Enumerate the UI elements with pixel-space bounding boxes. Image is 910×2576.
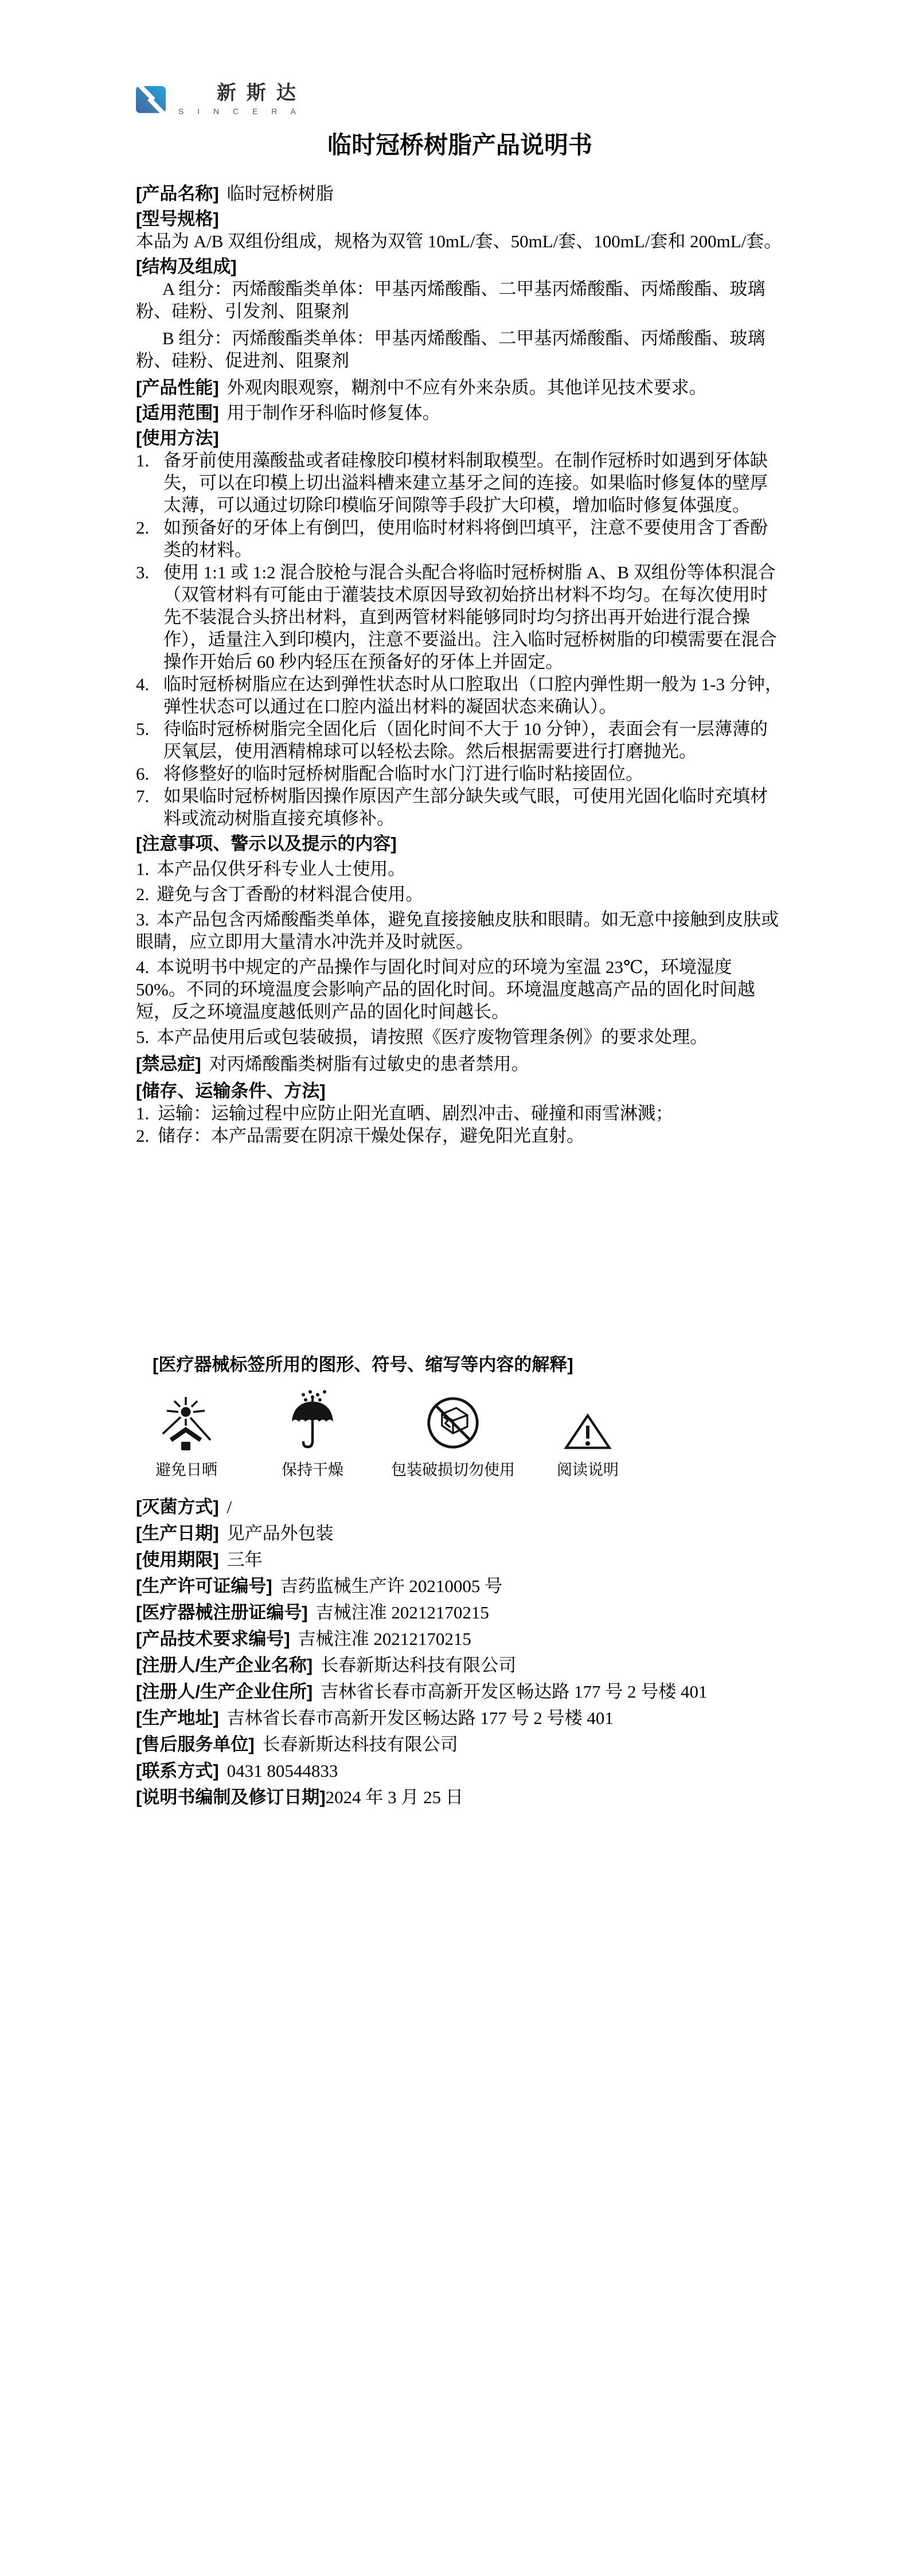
info-value: 见产品外包装 [227, 1523, 334, 1543]
precaution-item-text: 避免与含丁香酚的材料混合使用。 [157, 884, 423, 904]
keep-away-from-sunlight-icon [160, 1390, 213, 1450]
brand-subtitle: S I N C E R A [178, 107, 302, 116]
info-label: [使用期限] [136, 1550, 219, 1570]
performance-label: [产品性能] [136, 378, 219, 398]
section-gap [136, 1147, 784, 1353]
precaution-item-number: 1. [136, 859, 149, 879]
info-value: 三年 [227, 1550, 263, 1570]
contraindication-value: 对丙烯酸酯类树脂有过敏史的患者禁用。 [209, 1054, 529, 1074]
info-row-after-sales-unit: [售后服务单位]长春新斯达科技有限公司 [136, 1734, 784, 1756]
usage-item-text: 使用 1:1 或 1:2 混合胶枪与混合头配合将临时冠桥树脂 A、B 双组份等体… [163, 561, 784, 673]
precaution-item: 1.本产品仅供牙科专业人士使用。 [136, 858, 784, 880]
usage-item: 5. 待临时冠桥树脂完全固化后（固化时间不大于 10 分钟），表面会有一层薄薄的… [136, 718, 784, 762]
storage-item: 2. 储存：本产品需要在阴凉干燥处保存，避免阳光直射。 [136, 1124, 784, 1147]
registration-info: [灭菌方式]/ [生产日期]见产品外包装 [使用期限]三年 [生产许可证编号]吉… [136, 1496, 784, 1808]
info-value: 吉药监械生产许 20210005 号 [280, 1576, 503, 1596]
info-value: 0431 80544833 [227, 1761, 338, 1781]
info-label: [说明书编制及修订日期] [136, 1787, 326, 1807]
usage-item-text: 临时冠桥树脂应在达到弹性状态时从口腔取出（口腔内弹性期一般为 1-3 分钟，弹性… [163, 673, 784, 718]
performance-value: 外观肉眼观察，糊剂中不应有外来杂质。其他详见技术要求。 [227, 378, 707, 398]
precaution-item-number: 2. [136, 884, 149, 904]
precaution-item-text: 本产品使用后或包装破损，请按照《医疗废物管理条例》的要求处理。 [157, 1027, 708, 1047]
info-row-production-date: [生产日期]见产品外包装 [136, 1523, 784, 1544]
symbols-heading: [医疗器械标签所用的图形、符号、缩写等内容的解释] [136, 1353, 784, 1376]
brand-text: 新斯达 S I N C E R A [178, 83, 296, 116]
info-value: 吉械注准 20212170215 [298, 1629, 471, 1649]
info-value: 2024 年 3 月 25 日 [326, 1787, 463, 1807]
usage-item-number: 3. [136, 561, 163, 673]
usage-item-number: 7. [136, 785, 163, 830]
info-label: [注册人/生产企业住所] [136, 1682, 313, 1702]
info-label: [产品技术要求编号] [136, 1629, 290, 1649]
info-row-registrant-address: [注册人/生产企业住所]吉林省长春市高新开发区畅达路 177 号 2 号楼 40… [136, 1681, 784, 1703]
info-label: [生产日期] [136, 1523, 219, 1543]
brand-name: 新斯达 [217, 83, 306, 103]
usage-item-number: 5. [136, 718, 163, 762]
usage-item-number: 1. [136, 449, 163, 516]
precaution-item: 4.本说明书中规定的产品操作与固化时间对应的环境为室温 23℃，环境湿度 50%… [136, 956, 784, 1023]
precaution-item-text: 本产品包含丙烯酸酯类单体，避免直接接触皮肤和眼睛。如无意中接触到皮肤或眼睛，应立… [136, 909, 779, 952]
usage-item: 1. 备牙前使用藻酸盐或者硅橡胶印模材料制取模型。在制作冠桥时如遇到牙体缺失，可… [136, 449, 784, 516]
precaution-item-text: 本说明书中规定的产品操作与固化时间对应的环境为室温 23℃，环境湿度 50%。不… [136, 957, 755, 1022]
usage-item: 2. 如预备好的牙体上有倒凹，使用临时材料将倒凹填平，注意不要使用含丁香酚类的材… [136, 516, 784, 561]
brand-header: 新斯达 S I N C E R A [136, 0, 784, 116]
info-value: 长春新斯达科技有限公司 [321, 1655, 516, 1675]
info-value: 长春新斯达科技有限公司 [263, 1734, 458, 1754]
page-title: 临时冠桥树脂产品说明书 [136, 131, 784, 159]
keep-dry-icon [288, 1390, 337, 1450]
info-row-revision-date: [说明书编制及修订日期]2024 年 3 月 25 日 [136, 1787, 784, 1808]
scope-line: [适用范围]用于制作牙科临时修复体。 [136, 402, 784, 424]
usage-item: 4. 临时冠桥树脂应在达到弹性状态时从口腔取出（口腔内弹性期一般为 1-3 分钟… [136, 673, 784, 718]
symbol-label: 避免日晒 [155, 1461, 217, 1479]
usage-heading: [使用方法] [136, 427, 784, 449]
sincera-logo-icon [136, 86, 166, 113]
precaution-item: 3.本产品包含丙烯酸酯类单体，避免直接接触皮肤和眼睛。如无意中接触到皮肤或眼睛，… [136, 908, 784, 953]
precaution-item-number: 5. [136, 1027, 149, 1047]
composition-a: A 组分：丙烯酸酯类单体：甲基丙烯酸酯、二甲基丙烯酸酯、丙烯酸酯、玻璃粉、硅粉、… [136, 278, 784, 322]
spec-body: 本品为 A/B 双组份组成，规格为双管 10mL/套、50mL/套、100mL/… [136, 230, 784, 252]
usage-item-number: 2. [136, 516, 163, 561]
symbol-label: 保持干燥 [282, 1461, 343, 1479]
info-label: [售后服务单位] [136, 1734, 255, 1754]
document-content: 新斯达 S I N C E R A 临时冠桥树脂产品说明书 [产品名称]临时冠桥… [0, 0, 910, 1808]
info-label: [医疗器械注册证编号] [136, 1602, 308, 1622]
usage-item-text: 待临时冠桥树脂完全固化后（固化时间不大于 10 分钟），表面会有一层薄薄的厌氧层… [163, 718, 784, 762]
product-name-label: [产品名称] [136, 184, 219, 204]
composition-heading: [结构及组成] [136, 255, 784, 278]
scope-label: [适用范围] [136, 403, 219, 423]
info-row-device-registration: [医疗器械注册证编号]吉械注准 20212170215 [136, 1602, 784, 1624]
storage-item-number: 1. [136, 1102, 158, 1124]
composition-b: B 组分：丙烯酸酯类单体：甲基丙烯酸酯、二甲基丙烯酸酯、丙烯酸酯、玻璃粉、硅粉、… [136, 327, 784, 372]
info-row-production-license: [生产许可证编号]吉药监械生产许 20210005 号 [136, 1575, 784, 1597]
contraindication-label: [禁忌症] [136, 1054, 201, 1074]
performance-line: [产品性能]外观肉眼观察，糊剂中不应有外来杂质。其他详见技术要求。 [136, 376, 784, 399]
info-label: [生产许可证编号] [136, 1576, 272, 1596]
symbol-keep-away-from-sunlight: 避免日晒 [136, 1390, 237, 1479]
precaution-item: 5.本产品使用后或包装破损，请按照《医疗废物管理条例》的要求处理。 [136, 1026, 784, 1048]
product-name-line: [产品名称]临时冠桥树脂 [136, 182, 784, 205]
info-label: [生产地址] [136, 1708, 219, 1728]
precaution-item-number: 3. [136, 909, 149, 929]
usage-item-text: 将修整好的临时冠桥树脂配合临时水门汀进行临时粘接固位。 [163, 762, 784, 785]
info-value: 吉械注准 20212170215 [316, 1602, 489, 1622]
contraindication-line: [禁忌症]对丙烯酸酯类树脂有过敏史的患者禁用。 [136, 1053, 784, 1075]
scope-value: 用于制作牙科临时修复体。 [227, 403, 440, 423]
info-row-technical-requirement: [产品技术要求编号]吉械注准 20212170215 [136, 1628, 784, 1650]
symbol-do-not-use-if-package-damaged: 包装破损切勿使用 [384, 1390, 522, 1479]
product-name-value: 临时冠桥树脂 [227, 184, 334, 204]
info-label: [联系方式] [136, 1761, 219, 1781]
spec-heading: [型号规格] [136, 208, 784, 230]
info-value: / [227, 1497, 232, 1517]
info-row-shelf-life: [使用期限]三年 [136, 1549, 784, 1571]
storage-item: 1. 运输：运输过程中应防止阳光直晒、剧烈冲击、碰撞和雨雪淋溅； [136, 1102, 784, 1124]
info-row-contact: [联系方式]0431 80544833 [136, 1760, 784, 1782]
usage-item: 6. 将修整好的临时冠桥树脂配合临时水门汀进行临时粘接固位。 [136, 762, 784, 785]
storage-item-text: 运输：运输过程中应防止阳光直晒、剧烈冲击、碰撞和雨雪淋溅； [158, 1102, 784, 1124]
info-value: 吉林省长春市高新开发区畅达路 177 号 2 号楼 401 [321, 1682, 707, 1702]
precaution-item-text: 本产品仅供牙科专业人士使用。 [157, 859, 405, 879]
usage-item-text: 如预备好的牙体上有倒凹，使用临时材料将倒凹填平，注意不要使用含丁香酚类的材料。 [163, 516, 784, 561]
info-row-production-address: [生产地址]吉林省长春市高新开发区畅达路 177 号 2 号楼 401 [136, 1707, 784, 1729]
info-row-registrant-name: [注册人/生产企业名称]长春新斯达科技有限公司 [136, 1655, 784, 1676]
usage-item-text: 如果临时冠桥树脂因操作原因产生部分缺失或气眼，可使用光固化临时充填材料或流动树脂… [163, 785, 784, 830]
symbol-label: 包装破损切勿使用 [391, 1461, 515, 1479]
storage-item-number: 2. [136, 1124, 158, 1147]
info-label: [注册人/生产企业名称] [136, 1655, 313, 1675]
usage-item-text: 备牙前使用藻酸盐或者硅橡胶印模材料制取模型。在制作冠桥时如遇到牙体缺失，可以在印… [163, 449, 784, 516]
instruction-leaflet-page: 新斯达 S I N C E R A 临时冠桥树脂产品说明书 [产品名称]临时冠桥… [0, 0, 910, 2576]
storage-heading: [储存、运输条件、方法] [136, 1080, 784, 1102]
precaution-item: 2.避免与含丁香酚的材料混合使用。 [136, 883, 784, 905]
symbols-row: 避免日晒 [136, 1390, 784, 1479]
do-not-use-if-package-damaged-icon [425, 1390, 481, 1450]
usage-item: 3. 使用 1:1 或 1:2 混合胶枪与混合头配合将临时冠桥树脂 A、B 双组… [136, 561, 784, 673]
info-value: 吉林省长春市高新开发区畅达路 177 号 2 号楼 401 [227, 1708, 614, 1728]
info-row-sterilization: [灭菌方式]/ [136, 1496, 784, 1518]
precautions-heading: [注意事项、警示以及提示的内容] [136, 832, 784, 855]
precaution-item-number: 4. [136, 957, 149, 977]
read-instructions-icon [564, 1390, 612, 1450]
symbol-read-instructions: 阅读说明 [537, 1390, 638, 1479]
usage-item-number: 4. [136, 673, 163, 718]
symbol-keep-dry: 保持干燥 [262, 1390, 363, 1479]
storage-item-text: 储存：本产品需要在阴凉干燥处保存，避免阳光直射。 [158, 1124, 784, 1147]
usage-item: 7. 如果临时冠桥树脂因操作原因产生部分缺失或气眼，可使用光固化临时充填材料或流… [136, 785, 784, 830]
symbol-label: 阅读说明 [557, 1461, 619, 1479]
info-label: [灭菌方式] [136, 1497, 219, 1517]
usage-item-number: 6. [136, 762, 163, 785]
